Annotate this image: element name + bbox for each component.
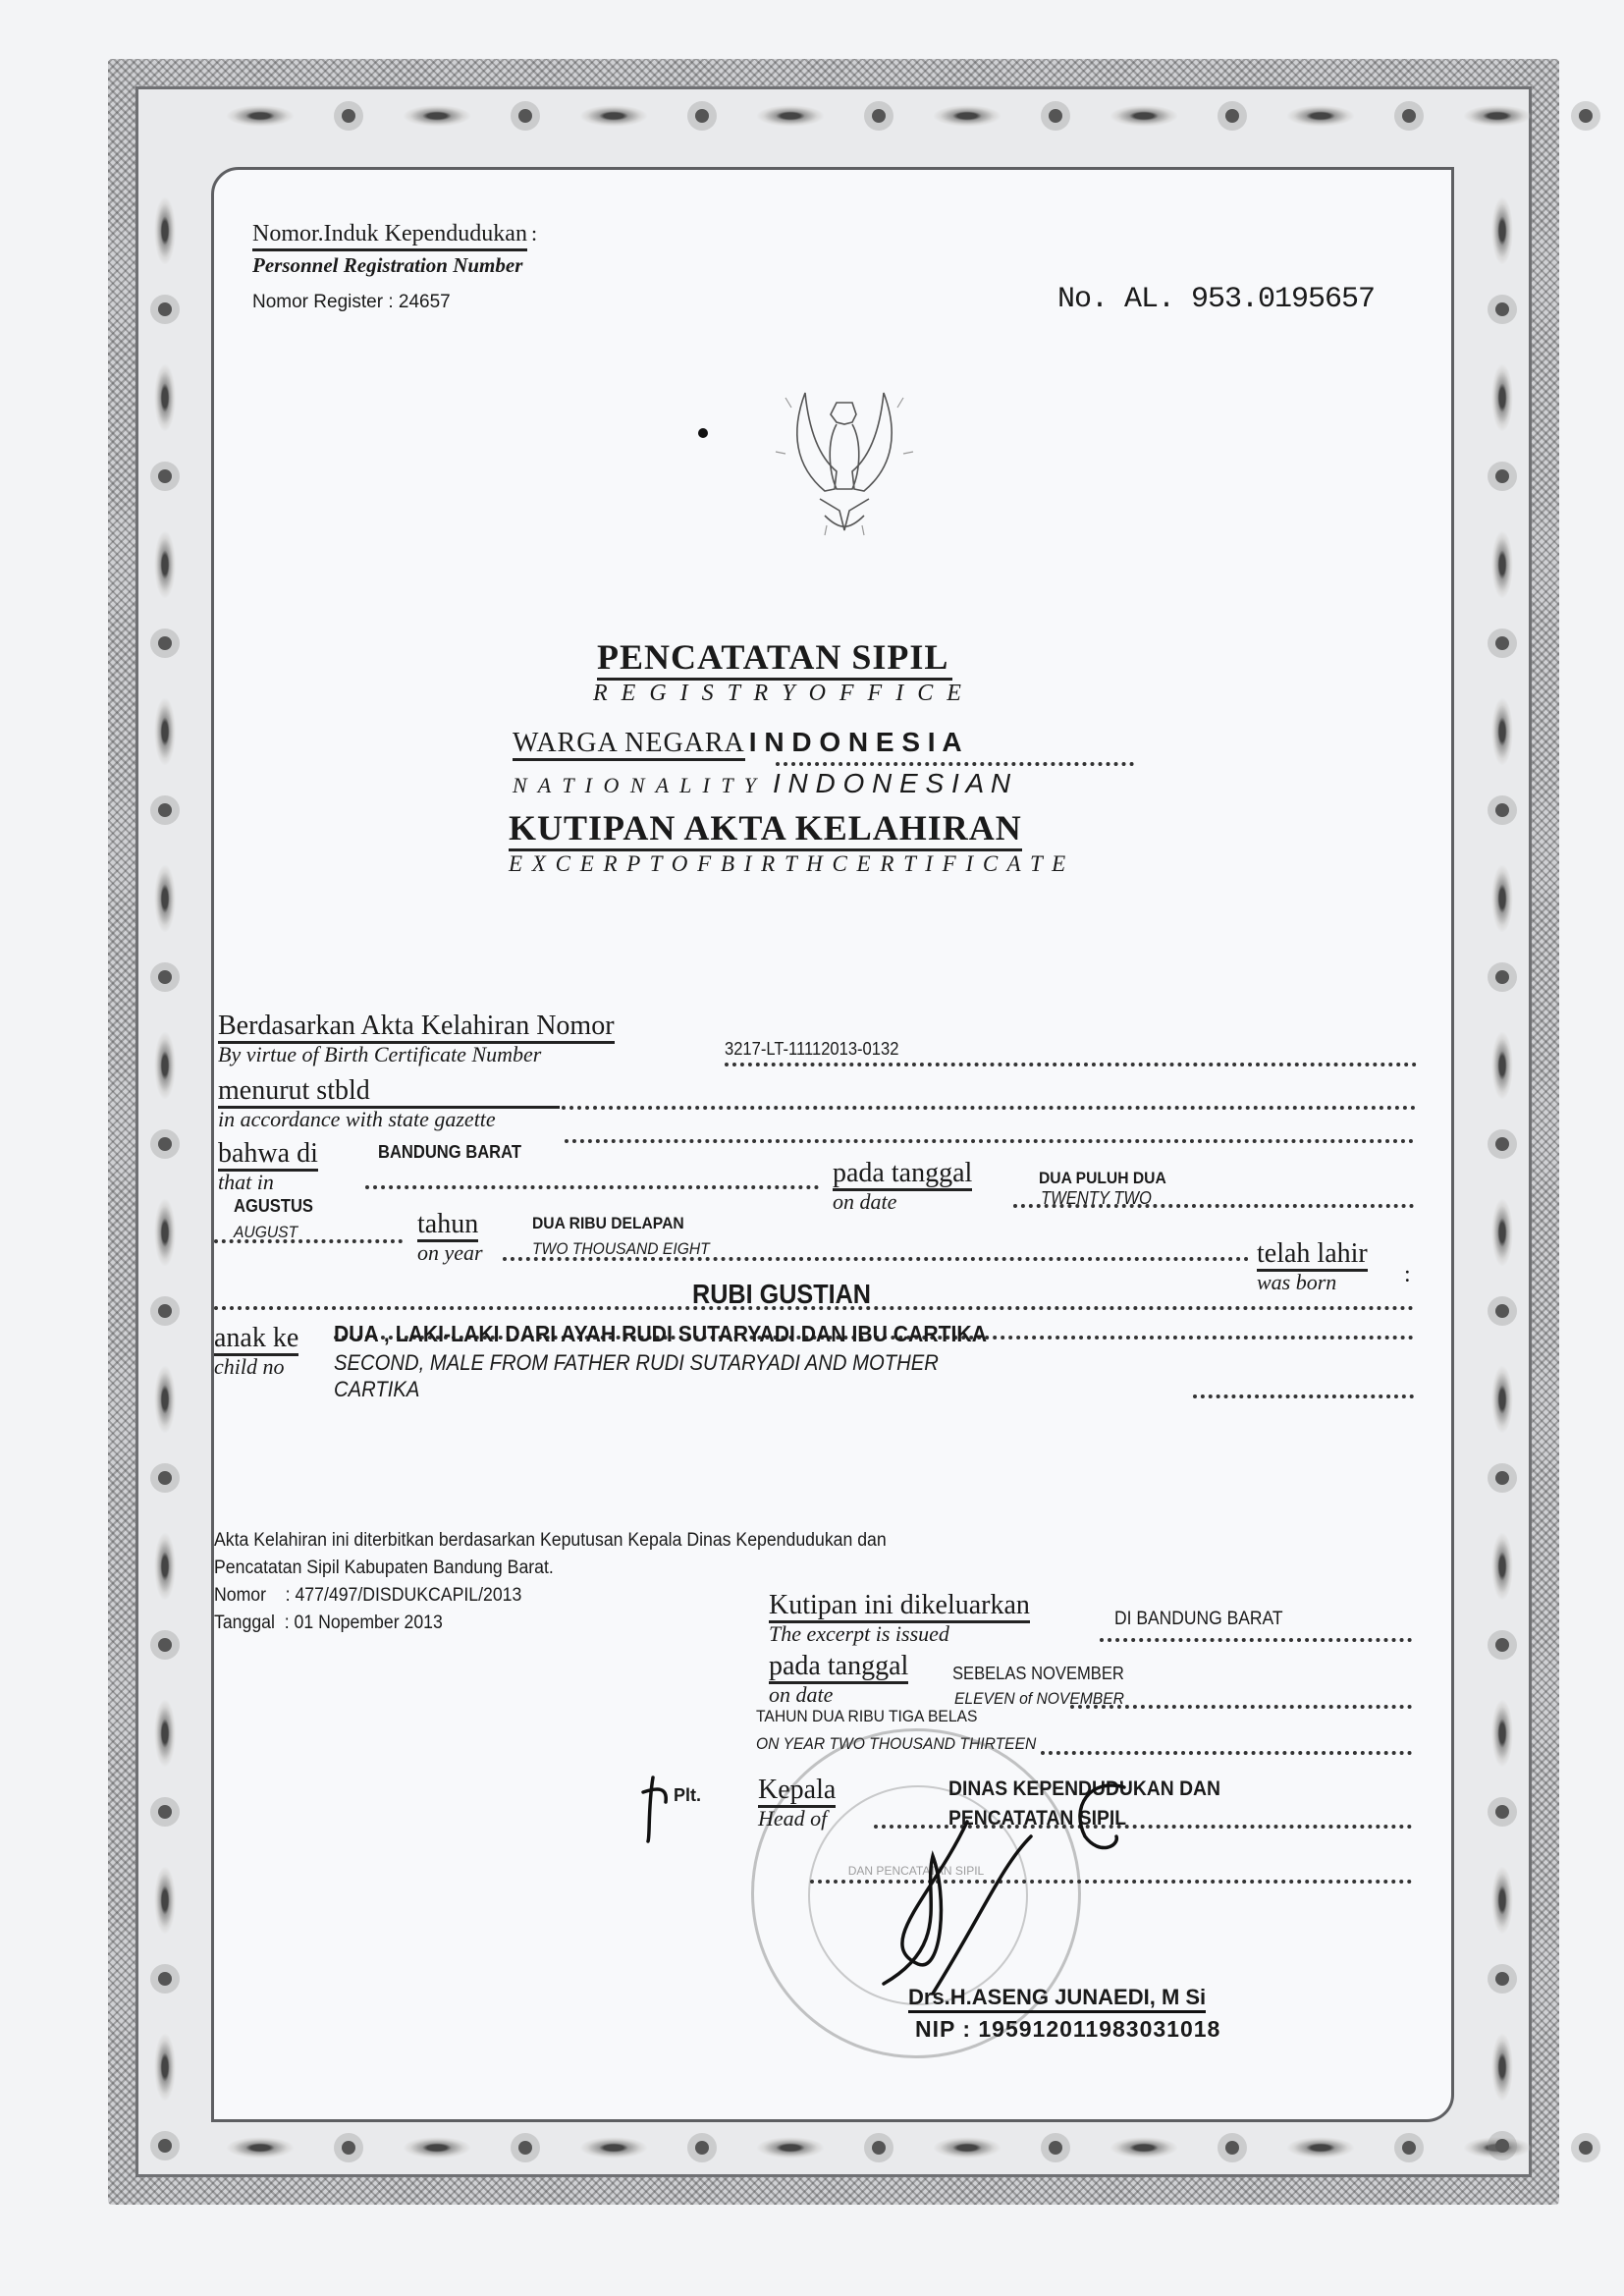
month-dotted-line <box>214 1239 403 1243</box>
date-value: DUA PULUH DUA <box>1039 1169 1166 1188</box>
child-desc-en-line2: CARTIKA <box>334 1377 419 1402</box>
border-dot <box>1579 109 1593 123</box>
serial-number: No. AL. 953.0195657 <box>1057 283 1375 316</box>
issued-date-label: pada tanggal <box>769 1652 908 1684</box>
doc-title-block: KUTIPAN AKTA KELAHIRAN E X C E R P T O F… <box>509 807 1067 877</box>
nik-label: Nomor.Induk Kependudukan <box>252 221 527 251</box>
nik-label-en: Personnel Registration Number <box>252 253 537 278</box>
issued-date-label-block: pada tanggal on date <box>769 1652 908 1706</box>
nationality-label-en: N A T I O N A L I T Y <box>513 773 759 797</box>
child-desc-dotted-line-2 <box>1193 1394 1414 1398</box>
doc-title: KUTIPAN AKTA KELAHIRAN <box>509 807 1022 851</box>
stbld-label-block: menurut stbld in accordance with state g… <box>218 1076 560 1130</box>
doc-title-en: E X C E R P T O F B I R T H C E R T I F … <box>509 851 1067 877</box>
issued-place: DI BANDUNG BARAT <box>1114 1609 1283 1630</box>
decree-line2: Pencatatan Sipil Kabupaten Bandung Barat… <box>214 1555 887 1582</box>
stbld-label-en: in accordance with state gazette <box>218 1109 560 1130</box>
nationality-row-en: N A T I O N A L I T Y I N D O N E S I A … <box>513 768 1010 799</box>
date-dotted-line <box>1013 1204 1414 1208</box>
issued-label-en: The excerpt is issued <box>769 1623 1030 1645</box>
signature-icon <box>628 1748 1434 2013</box>
year-label: tahun <box>417 1210 478 1242</box>
issued-label: Kutipan ini dikeluarkan <box>769 1591 1030 1623</box>
born-label-block: telah lahir was born <box>1257 1239 1368 1293</box>
issued-year: TAHUN DUA RIBU TIGA BELAS <box>756 1707 977 1726</box>
nik-colon: : <box>531 221 537 246</box>
border-dot <box>1579 2141 1593 2155</box>
nationality-value: I N D O N E S I A <box>749 727 962 757</box>
cert-number-label-en: By virtue of Birth Certificate Number <box>218 1044 615 1066</box>
issued-label-block: Kutipan ini dikeluarkan The excerpt is i… <box>769 1591 1030 1645</box>
date-label: pada tanggal <box>833 1159 972 1191</box>
place-label-block: bahwa di that in <box>218 1139 318 1193</box>
register-number: Nomor Register : 24657 <box>252 292 537 313</box>
nik-block: Nomor.Induk Kependudukan : Personnel Reg… <box>252 221 537 313</box>
child-name-dotted-line <box>214 1306 1414 1310</box>
child-no-label-block: anak ke child no <box>214 1324 298 1378</box>
born-colon: : <box>1404 1262 1411 1288</box>
nationality-dotted-line <box>776 762 1134 766</box>
office-title: PENCATATAN SIPIL <box>597 636 952 681</box>
stbld-dotted-line-2 <box>565 1139 1414 1143</box>
cert-number-dotted-line <box>725 1063 1417 1066</box>
nationality-row: WARGA NEGARA I N D O N E S I A <box>513 727 962 759</box>
place-dotted-line <box>365 1185 819 1189</box>
year-value: DUA RIBU DELAPAN <box>532 1214 684 1233</box>
stbld-dotted-line <box>562 1106 1416 1110</box>
year-label-en: on year <box>417 1242 483 1264</box>
place-label: bahwa di <box>218 1139 318 1172</box>
date-label-block: pada tanggal on date <box>833 1159 972 1213</box>
decree-line1: Akta Kelahiran ini diterbitkan berdasark… <box>214 1527 887 1555</box>
place-label-en: that in <box>218 1172 318 1193</box>
office-title-en: R E G I S T R Y O F F I C E <box>593 681 965 707</box>
nationality-label: WARGA NEGARA <box>513 728 745 761</box>
cert-number-label-block: Berdasarkan Akta Kelahiran Nomor By virt… <box>218 1011 615 1066</box>
born-label-en: was born <box>1257 1272 1368 1293</box>
issued-place-dotted-line <box>1100 1638 1412 1642</box>
issued-date-dotted-line <box>1070 1705 1412 1709</box>
year-dotted-line <box>503 1257 1249 1261</box>
issued-date-label-en: on date <box>769 1684 908 1706</box>
cert-number-value: 3217-LT-11112013-0132 <box>725 1039 898 1060</box>
nationality-value-en: I N D O N E S I A N <box>773 768 1010 798</box>
signatory-nip: NIP : 195912011983031018 <box>915 2016 1220 2043</box>
garuda-emblem-icon <box>766 373 923 540</box>
title-block: PENCATATAN SIPIL R E G I S T R Y O F F I… <box>597 636 965 707</box>
child-desc-en-line1: SECOND, MALE FROM FATHER RUDI SUTARYADI … <box>334 1350 939 1376</box>
month-value: AGUSTUS <box>234 1196 313 1217</box>
cert-number-label: Berdasarkan Akta Kelahiran Nomor <box>218 1011 615 1044</box>
date-label-en: on date <box>833 1191 972 1213</box>
issued-date: SEBELAS NOVEMBER <box>952 1664 1124 1684</box>
signatory-name: Drs.H.ASENG JUNAEDI, M Si <box>908 1985 1206 2013</box>
stbld-label: menurut stbld <box>218 1076 560 1109</box>
child-desc: DUA , LAKI-LAKI DARI AYAH RUDI SUTARYADI… <box>334 1321 987 1347</box>
born-label: telah lahir <box>1257 1239 1368 1272</box>
place-value: BANDUNG BARAT <box>378 1142 521 1163</box>
year-value-en: TWO THOUSAND EIGHT <box>532 1239 710 1259</box>
ink-dot <box>698 428 708 438</box>
year-label-block: tahun on year <box>417 1210 483 1264</box>
child-no-label: anak ke <box>214 1324 298 1356</box>
child-no-label-en: child no <box>214 1356 298 1378</box>
